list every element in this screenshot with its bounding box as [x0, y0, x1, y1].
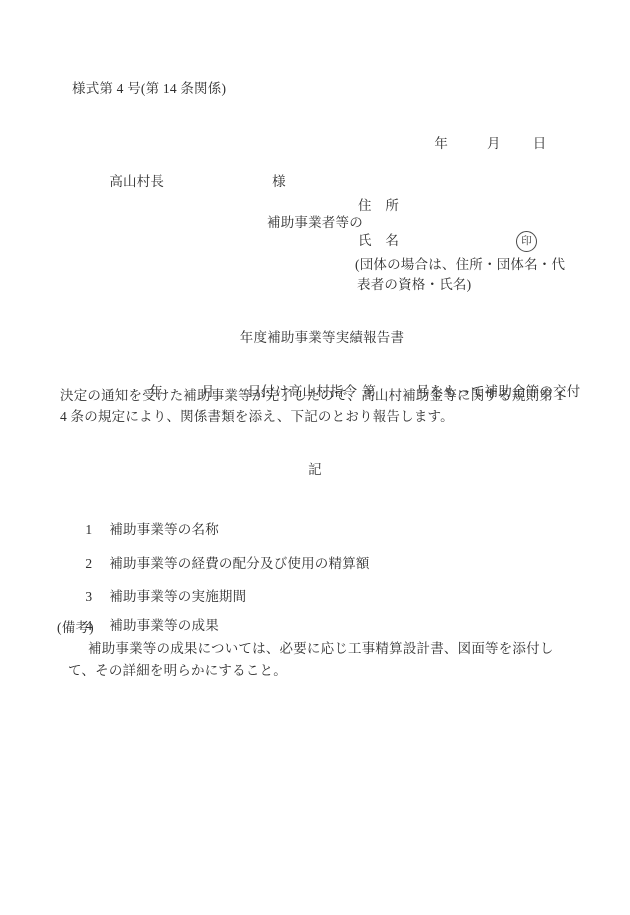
document-page: 様式第 4 号(第 14 条関係) 年月日 高山村長様 補助事業者等の 住 所 … — [0, 0, 630, 915]
addressee-honorific: 様 — [272, 174, 286, 189]
form-number: 様式第 4 号(第 14 条関係) — [72, 81, 226, 98]
list-item-number: 2 — [85, 556, 109, 573]
list-item-text: 補助事業等の経費の配分及び使用の精算額 — [109, 556, 369, 571]
applicant-address-label: 住 所 — [358, 198, 399, 215]
date-line: 年月日 — [420, 119, 546, 170]
record-heading: 記 — [0, 462, 630, 479]
list-item-number: 1 — [85, 522, 109, 539]
document-title: 年度補助事業等実績報告書 — [0, 330, 630, 347]
body-line-3: 4 条の規定により、関係書類を添え、下記のとおり報告します。 — [60, 409, 454, 426]
applicant-group-note-line2: 表者の資格・氏名) — [357, 277, 471, 294]
addressee-name: 高山村長 — [109, 174, 164, 189]
applicant-group-note-line1: (団体の場合は、住所・団体名・代 — [355, 257, 565, 274]
list-item-text: 補助事業等の成果 — [109, 618, 219, 633]
applicant-label: 補助事業者等の — [267, 215, 363, 232]
date-day-label: 日 — [533, 136, 547, 151]
seal-mark-icon: 印 — [516, 231, 537, 252]
addressee-line: 高山村長様 — [95, 157, 286, 208]
body-line-2: 決定の通知を受けた補助事業等が完了したので、高山村補助金等に関する規則第 1 — [60, 388, 563, 405]
list-item-text: 補助事業等の名称 — [109, 522, 219, 537]
remarks-label: (備考) — [57, 620, 94, 637]
applicant-name-label: 氏 名 — [358, 233, 399, 250]
date-month-label: 月 — [487, 136, 501, 151]
remarks-line-2: て、その詳細を明らかにすること。 — [68, 663, 287, 680]
date-year-label: 年 — [434, 136, 448, 151]
remarks-line-1: 補助事業等の成果については、必要に応じ工事精算設計書、図面等を添付し — [88, 641, 554, 658]
